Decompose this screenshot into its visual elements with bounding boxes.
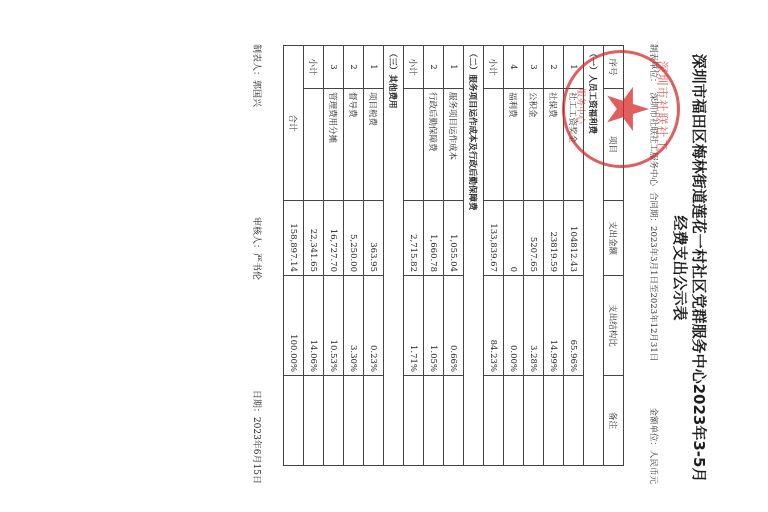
cell-item: 服务项目运作成本 [444, 89, 464, 201]
cell-amount: 104812.43 [564, 201, 584, 276]
table-row: 1服务项目运作成本1,055.040.66% [444, 46, 464, 466]
subtotal-ratio: 14.06% [304, 276, 324, 376]
cell-ratio: 14.99% [544, 276, 564, 376]
section-row: （二）服务项目运作成本及行政后勤保障费 [464, 46, 484, 466]
total-ratio: 100.00% [284, 276, 304, 376]
unit-value: 深圳市社联社工服务中心 [648, 93, 660, 187]
cell-ratio: 65.96% [564, 276, 584, 376]
cell-seq: 1 [444, 46, 464, 89]
subtotal-row: 小计22,341.6514.06% [304, 46, 324, 466]
cell-remark [504, 376, 524, 466]
cell-item: 社保费 [544, 89, 564, 201]
meta-line: 制表单位： 深圳市社联社工服务中心 合同期：2023年3月1日至2023年12月… [646, 44, 662, 484]
subtotal-amount: 22,341.65 [304, 201, 324, 276]
cell-ratio: 0.23% [364, 276, 384, 376]
cell-item: 管理费用分摊 [324, 89, 344, 201]
cell-remark [324, 376, 344, 466]
subtotal-remark [484, 376, 504, 466]
total-label: 合计 [284, 46, 304, 201]
subtotal-remark [304, 376, 324, 466]
cell-item: 福利费 [504, 89, 524, 201]
section-row: （一）人员工资福利费 [584, 46, 604, 466]
cell-seq: 2 [424, 46, 444, 89]
cell-amount: 0 [504, 201, 524, 276]
subtotal-label: 小计 [304, 46, 324, 89]
table-row: 2行政后勤保障费1,660.781.05% [424, 46, 444, 466]
header-amount: 支出金额 [604, 201, 624, 276]
cell-remark [344, 376, 364, 466]
cell-amount: 1,055.04 [444, 201, 464, 276]
table-row: 2督导费5,250.003.30% [344, 46, 364, 466]
subtotal-remark [404, 376, 424, 466]
cell-amount: 363.95 [364, 201, 384, 276]
subtotal-blank [484, 89, 504, 201]
table-row: 1项目税费363.950.23% [364, 46, 384, 466]
subtotal-amount: 133,839.67 [484, 201, 504, 276]
subtotal-ratio: 1.71% [404, 276, 424, 376]
expense-table: 序号 项目 支出金额 支出结构比 备注 （一）人员工资福利费1社工工资奖金104… [283, 45, 624, 466]
subtotal-amount: 2,715.82 [404, 201, 424, 276]
table-row: 2社保费23819.5914.99% [544, 46, 564, 466]
cell-seq: 1 [364, 46, 384, 89]
header-remark: 备注 [604, 376, 624, 466]
subtotal-ratio: 84.23% [484, 276, 504, 376]
total-amount: 158,897.14 [284, 201, 304, 276]
cell-amount: 16,727.70 [324, 201, 344, 276]
table-header-row: 序号 项目 支出金额 支出结构比 备注 [604, 46, 624, 466]
cell-item: 督导费 [344, 89, 364, 201]
unit-label: 制表单位： [648, 44, 660, 87]
cell-ratio: 3.30% [344, 276, 364, 376]
cell-remark [524, 376, 544, 466]
cell-remark [564, 376, 584, 466]
header-ratio: 支出结构比 [604, 276, 624, 376]
contract-period: 合同期：2023年3月1日至2023年12月31日 [648, 192, 660, 361]
section-title: （二）服务项目运作成本及行政后勤保障费 [464, 46, 484, 466]
date: 日期：2023年6月15日 [251, 390, 264, 484]
cell-seq: 3 [524, 46, 544, 89]
header-seq: 序号 [604, 46, 624, 89]
cell-item: 社工工资奖金 [564, 89, 584, 201]
table-row: 3管理费用分摊16,727.7010.53% [324, 46, 344, 466]
currency-unit: 金额单位：人民币元 [648, 407, 660, 484]
cell-item: 项目税费 [364, 89, 384, 201]
subtotal-blank [304, 89, 324, 201]
footer: 制表人：郭国兴 审核人：严书伦 日期：2023年6月15日 [251, 44, 264, 484]
subtotal-blank [404, 89, 424, 201]
subtotal-row: 小计2,715.821.71% [404, 46, 424, 466]
cell-ratio: 0.00% [504, 276, 524, 376]
table-row: 4福利费00.00% [504, 46, 524, 466]
section-title: （一）人员工资福利费 [584, 46, 604, 466]
header-item: 项目 [604, 89, 624, 201]
document-title: 深圳市福田区梅林街道莲花一村社区党群服务中心2023年3-5月经费支出公示表 [670, 48, 708, 488]
cell-ratio: 10.53% [324, 276, 344, 376]
cell-seq: 2 [344, 46, 364, 89]
cell-seq: 3 [324, 46, 344, 89]
cell-amount: 1,660.78 [424, 201, 444, 276]
cell-remark [424, 376, 444, 466]
document-page: 深圳市福田区梅林街道莲花一村社区党群服务中心2023年3-5月经费支出公示表 制… [240, 20, 710, 500]
subtotal-row: 小计133,839.6784.23% [484, 46, 504, 466]
cell-remark [544, 376, 564, 466]
section-title: （三）其他费用 [384, 46, 404, 466]
cell-remark [444, 376, 464, 466]
total-remark [284, 376, 304, 466]
cell-seq: 1 [564, 46, 584, 89]
subtotal-label: 小计 [404, 46, 424, 89]
preparer: 制表人：郭国兴 [251, 44, 264, 107]
cell-ratio: 1.05% [424, 276, 444, 376]
table-row: 3公积金5207.653.28% [524, 46, 544, 466]
cell-seq: 4 [504, 46, 524, 89]
subtotal-label: 小计 [484, 46, 504, 89]
reviewer: 审核人：严书伦 [251, 217, 264, 280]
cell-remark [364, 376, 384, 466]
table-row: 1社工工资奖金104812.4365.96% [564, 46, 584, 466]
cell-amount: 5,250.00 [344, 201, 364, 276]
cell-amount: 23819.59 [544, 201, 564, 276]
cell-seq: 2 [544, 46, 564, 89]
cell-item: 公积金 [524, 89, 544, 201]
cell-ratio: 0.66% [444, 276, 464, 376]
cell-ratio: 3.28% [524, 276, 544, 376]
section-row: （三）其他费用 [384, 46, 404, 466]
total-row: 合计158,897.14100.00% [284, 46, 304, 466]
cell-item: 行政后勤保障费 [424, 89, 444, 201]
cell-amount: 5207.65 [524, 201, 544, 276]
